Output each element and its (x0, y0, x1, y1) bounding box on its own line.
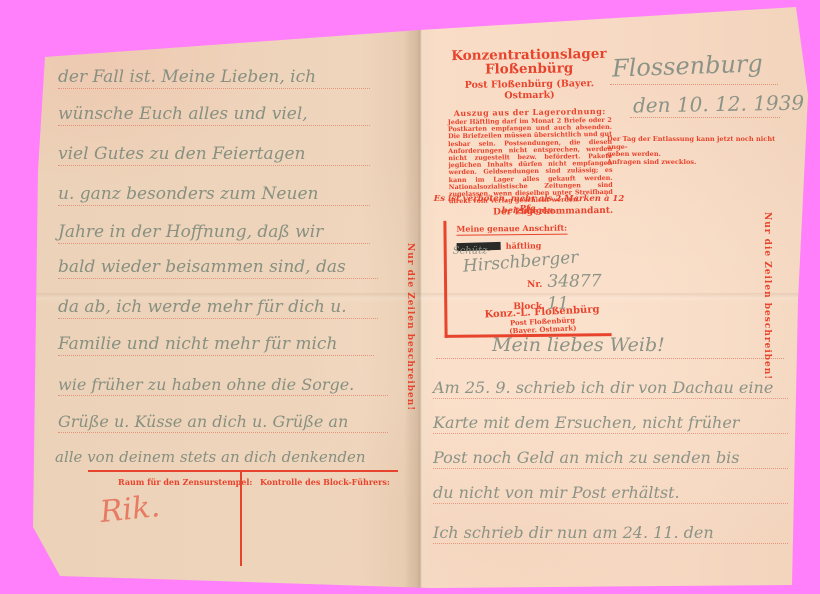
handwritten-place: Flossenburg (612, 49, 764, 82)
handwritten-line: Familie und nicht mehr für mich (58, 325, 374, 356)
handwritten-line: Grüße u. Küsse an dich u. Grüße an (58, 402, 388, 433)
margin-instruction: Nur die Zeilen beschreiben! (405, 243, 415, 393)
camp-title: Konzentrationslager Floßenbürg (447, 47, 611, 77)
handwritten-line: du nicht von mir Post erhältst. (433, 473, 788, 504)
salutation-dotted-line (436, 358, 784, 359)
handwritten-date: den 10. 12. 1939 (633, 91, 805, 118)
censor-initials: Rik. (98, 489, 161, 530)
censor-stamp-label: Raum für den Zensurstempel: (118, 477, 252, 487)
letter-sheet: der Fall ist. Meine Lieben, ich wünsche … (0, 0, 820, 594)
handwritten-line: viel Gutes zu den Feiertagen (58, 135, 370, 166)
stamp-rule-line2: beizulegen. (424, 206, 634, 216)
handwritten-line: da ab, ich werde mehr für dich u. (58, 288, 378, 319)
handwritten-line: wünsche Euch alles und viel, (58, 95, 370, 126)
blockfuehrer-label: Kontrolle des Block-Führers: (260, 477, 390, 487)
date-dotted-line (630, 117, 780, 118)
prisoner-address-box: Meine genaue Anschrift: häftling Schütz-… (443, 219, 611, 338)
handwritten-line: bald wieder beisammen sind, das (58, 248, 378, 279)
rules-text: Jeder Häftling darf im Monat 2 Briefe od… (448, 117, 613, 206)
handwritten-line: Post noch Geld an mich zu senden bis (433, 438, 788, 469)
censor-section-rule (88, 470, 398, 472)
prisoner-number-row: Nr. 34877 (527, 271, 602, 292)
place-dotted-line (610, 84, 778, 85)
salutation: Mein liebes Weib! (492, 334, 665, 356)
handwritten-line: wie früher zu haben ohne die Sorge. (58, 365, 388, 396)
camp-post-address: Post Floßenbürg (Bayer. Ostmark) (447, 78, 611, 102)
handwritten-line: der Fall ist. Meine Lieben, ich (58, 58, 370, 89)
handwritten-line: alle von deinem stets an dich denkenden (55, 438, 400, 467)
redacted-prisoner-type: häftling (457, 235, 542, 245)
address-heading: Meine genaue Anschrift: (456, 223, 567, 236)
handwritten-line: Karte mit dem Ersuchen, nicht früher (433, 403, 788, 434)
number-label: Nr. (527, 280, 542, 290)
handwritten-line: Ich schrieb dir nun am 24. 11. den (433, 513, 788, 544)
handwritten-line: Am 25. 9. schrieb ich dir von Dachau ein… (433, 368, 788, 399)
camp-letterhead: Konzentrationslager Floßenbürg Post Floß… (447, 47, 613, 219)
release-date-note: Der Tag der Entlassung kann jetzt noch n… (607, 136, 797, 166)
letter-photo: der Fall ist. Meine Lieben, ich wünsche … (0, 0, 820, 594)
prisoner-number: 34877 (547, 271, 601, 292)
handwritten-line: Jahre in der Hoffnung, daß wir (58, 213, 370, 244)
camp-postmark-stamp: Konz.-L. Floßenbürg Post Floßenbürg (Bay… (477, 305, 608, 336)
margin-instruction: Nur die Zeilen beschreiben! (762, 212, 772, 372)
handwritten-line: u. ganz besonders zum Neuen (58, 175, 370, 206)
